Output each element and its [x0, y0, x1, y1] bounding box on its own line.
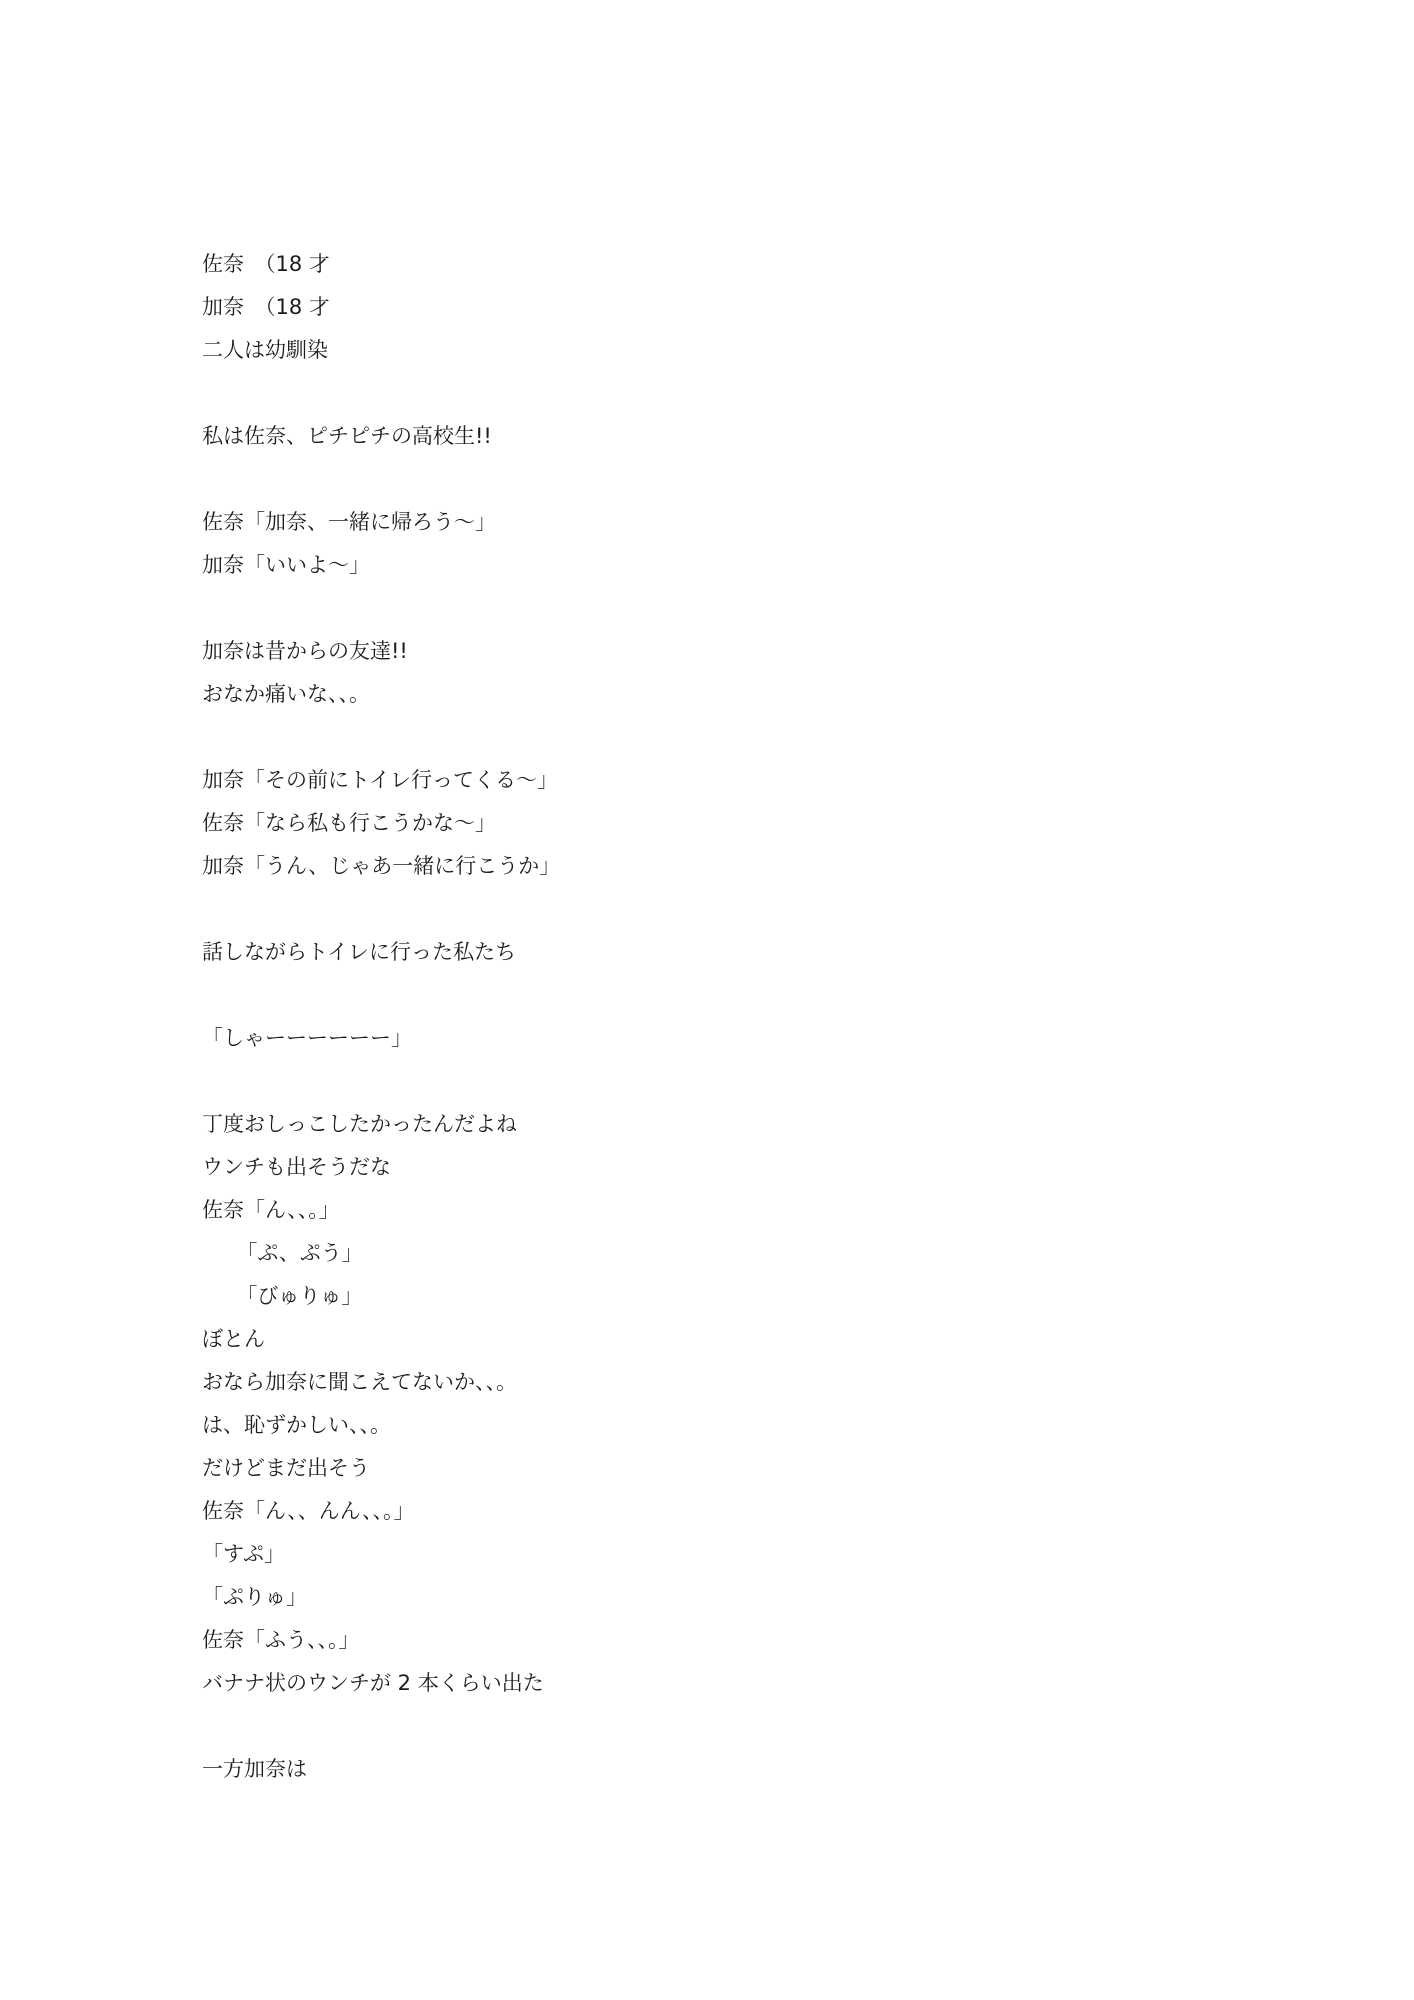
text-line: 加奈「その前にトイレ行ってくる～」	[202, 759, 1374, 802]
text-line: 佐奈「なら私も行こうかな～」	[202, 802, 1374, 845]
text-line: ぼとん	[202, 1318, 1374, 1361]
blank-line	[202, 372, 1374, 415]
blank-line	[202, 888, 1374, 931]
text-line: ウンチも出そうだな	[202, 1146, 1374, 1189]
text-line: 二人は幼馴染	[202, 329, 1374, 372]
blank-line	[202, 974, 1374, 1017]
text-line: 加奈「いいよ～」	[202, 544, 1374, 587]
text-line: 丁度おしっこしたかったんだよね	[202, 1103, 1374, 1146]
text-line: 加奈は昔からの友達!!	[202, 630, 1374, 673]
blank-line	[202, 458, 1374, 501]
text-line: 佐奈「ふう、、。」	[202, 1619, 1374, 1662]
blank-line	[202, 1060, 1374, 1103]
text-line: 私は佐奈、ピチピチの高校生!!	[202, 415, 1374, 458]
blank-line	[202, 587, 1374, 630]
blank-line	[202, 716, 1374, 759]
text-line: おなら加奈に聞こえてないか、、。	[202, 1361, 1374, 1404]
text-line: 一方加奈は	[202, 1748, 1374, 1791]
text-line: 「びゅりゅ」	[202, 1275, 1374, 1318]
text-line: だけどまだ出そう	[202, 1447, 1374, 1490]
text-line: 話しながらトイレに行った私たち	[202, 931, 1374, 974]
blank-line	[202, 1705, 1374, 1748]
text-line: 加奈「うん、じゃあ一緒に行こうか」	[202, 845, 1374, 888]
text-line: 「ぷりゅ」	[202, 1576, 1374, 1619]
text-line: 佐奈「ん、、。」	[202, 1189, 1374, 1232]
text-line: 「ぷ、ぷう」	[202, 1232, 1374, 1275]
text-line: 「しゃーーーーーー」	[202, 1017, 1374, 1060]
text-line: 佐奈 （18 才	[202, 243, 1374, 286]
text-line: は、恥ずかしい、、。	[202, 1404, 1374, 1447]
text-line: 「すぷ」	[202, 1533, 1374, 1576]
document-page: 佐奈 （18 才加奈 （18 才二人は幼馴染 私は佐奈、ピチピチの高校生!! 佐…	[0, 0, 1414, 2000]
text-line: 佐奈「加奈、一緒に帰ろう～」	[202, 501, 1374, 544]
document-text: 佐奈 （18 才加奈 （18 才二人は幼馴染 私は佐奈、ピチピチの高校生!! 佐…	[202, 243, 1374, 1791]
text-line: 加奈 （18 才	[202, 286, 1374, 329]
text-line: バナナ状のウンチが 2 本くらい出た	[202, 1662, 1374, 1705]
text-line: おなか痛いな、、。	[202, 673, 1374, 716]
text-line: 佐奈「ん、、んん、、。」	[202, 1490, 1374, 1533]
